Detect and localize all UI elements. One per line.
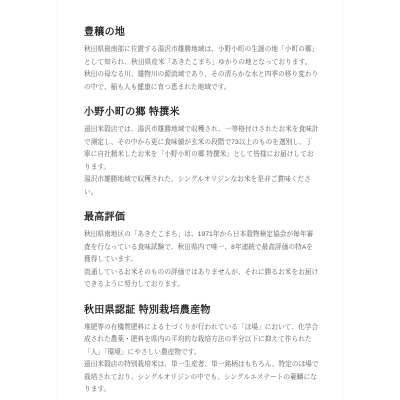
section-highest-rating: 最高評価 秋田県南地区の「あきたこまち」は、1971年から日本穀物検定協会が毎年…	[84, 211, 319, 292]
document-page: 豊穣の地 秋田県最南部に位置する湯沢市雄勝地域は、小野小町の生誕の地「小町の郷」…	[56, 0, 344, 400]
section-heading: 最高評価	[84, 211, 319, 224]
section-paragraph: 秋田県最南部に位置する湯沢市雄勝地域は、小野小町の生誕の地「小町の郷」として知ら…	[84, 44, 319, 69]
section-paragraph: 流通しているお米そのものの評価ではありませんが、それに勝るお米をお届けできるよう…	[84, 267, 319, 292]
section-paragraph: 遠田米穀店では、湯沢市雄勝地域で収穫され、一等格付けされたお米を食味計で測定し、…	[84, 124, 319, 174]
section-heading: 秋田県認証 特別栽培農産物	[84, 304, 319, 317]
section-heading: 豊穣の地	[84, 26, 319, 39]
section-heading: 小野小町の郷 特撰米	[84, 106, 319, 119]
section-paragraph: 遠田米穀店の特別栽培米は、単一生産者、単一銘柄はもちろん、特定のほ場で栽培されて…	[84, 359, 319, 397]
document-content: 豊穣の地 秋田県最南部に位置する湯沢市雄勝地域は、小野小町の生誕の地「小町の郷」…	[57, 0, 343, 397]
section-certified-agriculture: 秋田県認証 特別栽培農産物 堆肥等の有機質肥料による土づくりが行われている「ほ場…	[84, 304, 319, 397]
section-paragraph: 秋田の母なる川、雄物川の源流域であり、その清らかな水と四季の移り変わりの中で、稲…	[84, 69, 319, 94]
section-paragraph: 湯沢市雄勝地域で収穫された、シングルオリジンなお米を是非ご賞味ください。	[84, 174, 319, 199]
section-paragraph: 堆肥等の有機質肥料による土づくりが行われている「ほ場」において、化学合成された農…	[84, 322, 319, 360]
section-tokusen-rice: 小野小町の郷 特撰米 遠田米穀店では、湯沢市雄勝地域で収穫され、一等格付けされた…	[84, 106, 319, 199]
section-paragraph: 秋田県南地区の「あきたこまち」は、1971年から日本穀物検定協会が毎年審査を行な…	[84, 229, 319, 267]
section-fertile-land: 豊穣の地 秋田県最南部に位置する湯沢市雄勝地域は、小野小町の生誕の地「小町の郷」…	[84, 26, 319, 94]
